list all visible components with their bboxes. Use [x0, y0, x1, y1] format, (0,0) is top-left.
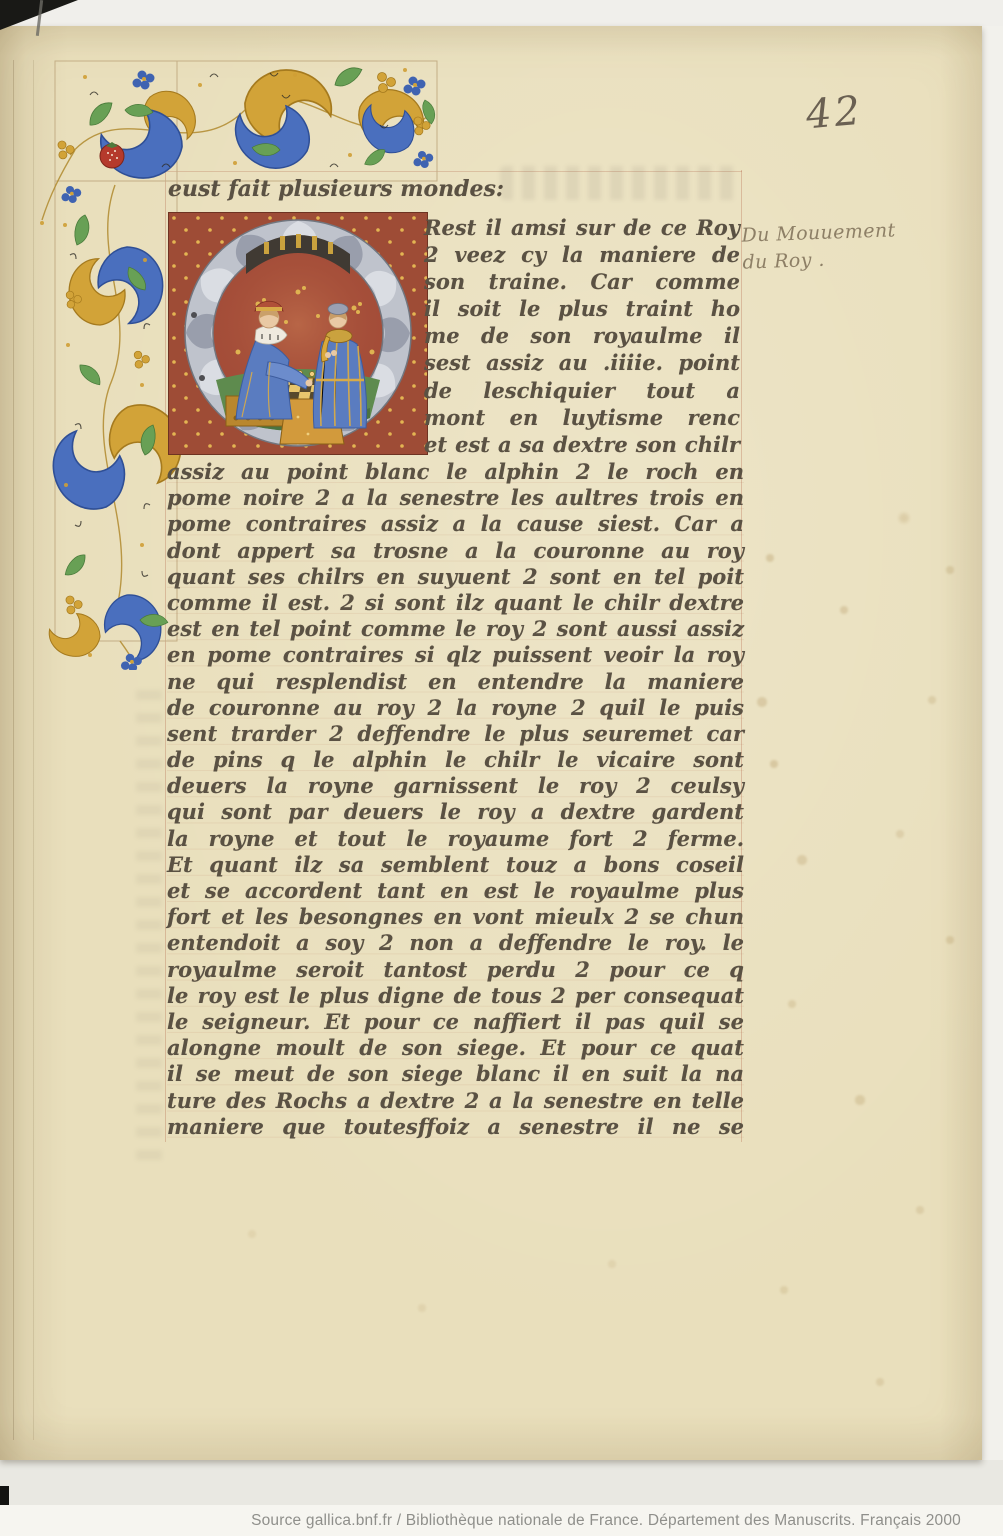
body-line: fort et les besongnes en vont mieulx 2 s…	[167, 904, 744, 930]
body-line: dont appert sa trosne a la couronne au r…	[167, 538, 744, 564]
column-line: son traine. Car comme	[424, 268, 740, 295]
body-line: ne qui resplendist en entendre la manier…	[167, 669, 744, 695]
body-line: alongne moult de son siege. Et pour ce q…	[167, 1035, 744, 1061]
scan-background-right	[982, 26, 1003, 1460]
body-line: ture des Rochs a dextre 2 a la senestre …	[167, 1088, 744, 1114]
body-line: assiz au point blanc le alphin 2 le roch…	[167, 459, 744, 485]
body-line: le roy est le plus digne de tous 2 per c…	[167, 983, 744, 1009]
body-line: sent trarder 2 deffendre le plus seureme…	[167, 721, 744, 747]
body-line: deuers la royne garnissent le roy 2 ceul…	[167, 773, 744, 799]
body-line: royaulme seroit tantost perdu 2 pour ce …	[167, 957, 744, 983]
column-line: sest assiz au .iiiie. point	[424, 349, 740, 376]
footer-credit: Source gallica.bnf.fr / Bibliothèque nat…	[251, 1512, 961, 1530]
folio-number: 42	[804, 88, 865, 139]
text-body: assiz au point blanc le alphin 2 le roch…	[167, 459, 744, 1140]
body-line: en pome contraires si qlz puissent veoir…	[167, 642, 744, 668]
column-line: de leschiquier tout a	[424, 377, 740, 404]
gallica-scan: eust fait plusieurs mondes: Rest il amsi…	[0, 0, 1003, 1536]
body-line: le seigneur. Et pour ce naffiert il pas …	[167, 1009, 744, 1035]
miniature-initial	[168, 212, 428, 455]
column-line: 2 veez cy la maniere de	[424, 241, 740, 268]
column-line: il soit le plus traint ho	[424, 295, 740, 322]
footer-credit-bar: Source gallica.bnf.fr / Bibliothèque nat…	[0, 1505, 1003, 1536]
column-line: me de son royaulme il	[424, 322, 740, 349]
body-line: est en tel point comme le roy 2 sont aus…	[167, 616, 744, 642]
body-line: la royne et tout le royaume fort 2 ferme…	[167, 826, 744, 852]
body-line: maniere que toutesffoiz a senestre il ne…	[167, 1114, 744, 1140]
body-line: entendoit a soy 2 non a deffendre le roy…	[167, 930, 744, 956]
body-line: de couronne au roy 2 la royne 2 quil le …	[167, 695, 744, 721]
column-line: mont en luytisme renc	[424, 404, 740, 431]
body-line: pome noire 2 a la senestre les aultres t…	[167, 485, 744, 511]
scan-background-top	[0, 0, 1003, 26]
body-line: et se accordent tant en est le royaulme …	[167, 878, 744, 904]
foxing-stains	[0, 0, 4, 4]
body-line: qui sont par deuers le roy a dextre gard…	[167, 799, 744, 825]
margin-note: Du Mouuement du Roy .	[741, 215, 953, 276]
column-line: Rest il amsi sur de ce Roy	[424, 214, 740, 241]
body-line: comme il est. 2 si sont ilz quant le chi…	[167, 590, 744, 616]
body-line: de pins q le alphin le chilr le vicaire …	[167, 747, 744, 773]
body-line: il se meut de son siege blanc il en suit…	[167, 1061, 744, 1087]
opening-line: eust fait plusieurs mondes:	[168, 175, 638, 203]
body-line: pome contraires assiz a la cause siest. …	[167, 511, 744, 537]
column-line: et est a sa dextre son chilr	[424, 431, 740, 458]
show-through-column	[136, 686, 162, 1160]
text-column: Rest il amsi sur de ce Roy 2 veez cy la …	[424, 214, 740, 458]
scan-background-bottom	[0, 1460, 1003, 1505]
body-line: Et quant ilz sa semblent touz a bons cos…	[167, 852, 744, 878]
body-line: quant ses chilrs en suyuent 2 sont en te…	[167, 564, 744, 590]
binding-crease	[13, 60, 14, 1440]
chess-scene-art	[168, 212, 428, 455]
